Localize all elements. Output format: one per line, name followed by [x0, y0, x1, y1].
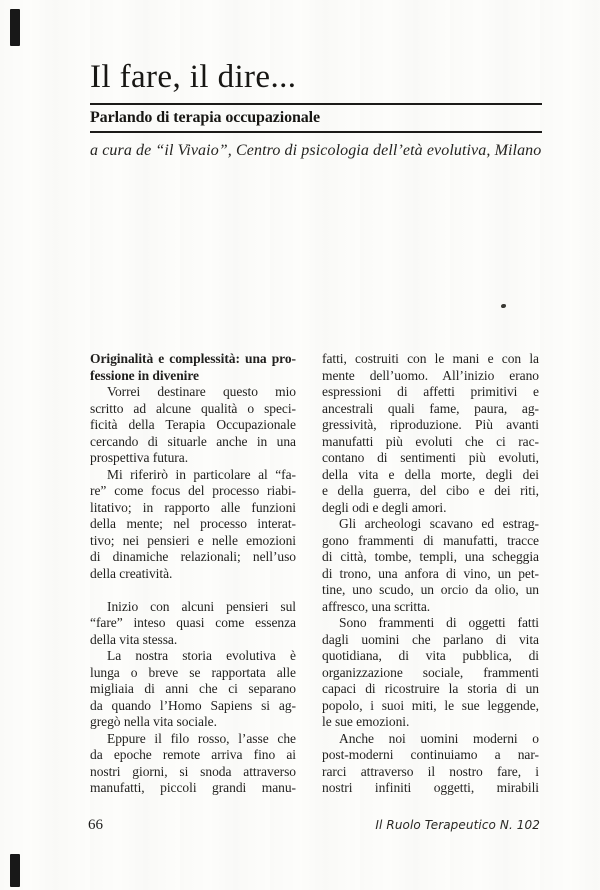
text-line: della vita e della morte, degli dei [322, 467, 539, 484]
paragraph: Inizio con alcuni pensieri sul“fare” int… [90, 599, 296, 649]
text-line: le sue emozioni. [322, 714, 539, 731]
paragraph: Gli archeologi scavano ed estrag-gono fr… [322, 516, 539, 615]
text-line: scritto ad alcune qualità o speci- [90, 401, 296, 418]
text-line: dagli uomini che parlano di vita [322, 632, 539, 649]
divider-bottom-rule [90, 131, 542, 133]
text-line: cercando di situarle anche in una [90, 434, 296, 451]
text-line: ancestrali quali fame, paura, ag- [322, 401, 539, 418]
paragraph: Eppure il filo rosso, l’asse cheda epoch… [90, 731, 296, 797]
text-line: Gli archeologi scavano ed estrag- [322, 516, 539, 533]
text-line: Originalità e complessità: una pro- [90, 351, 296, 368]
text-line: re” come focus del processo riabi- [90, 483, 296, 500]
article-byline: a cura de “il Vivaio”, Centro di psicolo… [90, 142, 542, 160]
text-line: lunga o breve se rapportata alle [90, 665, 296, 682]
text-line: e della guerra, del cibo e dei riti, [322, 483, 539, 500]
text-line: Mi riferirò in particolare al “fa- [90, 467, 296, 484]
text-line: contano di sentimenti più evoluti, [322, 450, 539, 467]
page-footer: 66 Il Ruolo Terapeutico N. 102 [88, 817, 540, 834]
column-right: fatti, costruiti con le mani e con lamen… [322, 351, 539, 797]
text-line: organizzazione sociale, frammenti [322, 665, 539, 682]
text-line: affresco, una scritta. [322, 599, 539, 616]
text-line: della creatività. [90, 566, 296, 583]
text-line: di città, tombe, templi, una scheggia [322, 549, 539, 566]
text-line: post-moderni continuiamo a nar- [322, 747, 539, 764]
text-line: degli odi e degli amori. [322, 500, 539, 517]
text-line: di trono, una anfora di vino, un pet- [322, 566, 539, 583]
article-body: Originalità e complessità: una pro-fessi… [90, 351, 539, 797]
text-line: popolo, i suoi miti, le sue leggende, [322, 698, 539, 715]
text-line: capaci di ricostruire la storia di un [322, 681, 539, 698]
paragraph: Sono frammenti di oggetti fattidagli uom… [322, 615, 539, 731]
paragraph: Anche noi uomini moderni opost-moderni c… [322, 731, 539, 797]
text-line: fessione in divenire [90, 368, 296, 385]
text-line: gressività, riproduzione. Più avanti [322, 417, 539, 434]
text-line: gono frammenti di manufatti, tracce [322, 533, 539, 550]
section-heading: Originalità e complessità: una pro-fessi… [90, 351, 296, 384]
text-line: manufatti, piccoli grandi manu- [90, 780, 296, 797]
text-line: manufatti più evoluti che ci rac- [322, 434, 539, 451]
article-header: Il fare, il dire... Parlando di terapia … [90, 60, 542, 160]
text-line: fatti, costruiti con le mani e con la [322, 351, 539, 368]
text-line: mente dell’uomo. All’inizio erano [322, 368, 539, 385]
text-line: Anche noi uomini moderni o [322, 731, 539, 748]
text-line: di dinamiche relazionali; nell’uso [90, 549, 296, 566]
text-line: Vorrei destinare questo mio [90, 384, 296, 401]
text-line: Inizio con alcuni pensieri sul [90, 599, 296, 616]
paragraph: Mi riferirò in particolare al “fa-re” co… [90, 467, 296, 583]
text-line: nostri giorni, si snoda attraverso [90, 764, 296, 781]
journal-title: Il Ruolo Terapeutico N. 102 [375, 818, 540, 832]
text-line: della vita stessa. [90, 632, 296, 649]
article-subtitle: Parlando di terapia occupazionale [90, 109, 542, 127]
text-line: espressioni di affetti primitivi e [322, 384, 539, 401]
divider-top-rule [90, 103, 542, 105]
text-line: da epoche remote arriva fino ai [90, 747, 296, 764]
text-line: quotidiana, di vita pubblica, di [322, 648, 539, 665]
ink-speck-artifact [501, 304, 506, 308]
text-line: della mente; nel processo interat- [90, 516, 296, 533]
text-line: nostri infiniti oggetti, mirabili [322, 780, 539, 797]
paragraph: La nostra storia evolutiva èlunga o brev… [90, 648, 296, 731]
paragraph: fatti, costruiti con le mani e con lamen… [322, 351, 539, 516]
document-page: Il fare, il dire... Parlando di terapia … [0, 0, 600, 890]
text-line: rarci attraverso il nostro fare, i [322, 764, 539, 781]
paragraph: Vorrei destinare questo mioscritto ad al… [90, 384, 296, 467]
text-line: da quando l’Homo Sapiens si ag- [90, 698, 296, 715]
text-line: tine, uno scudo, un orcio da olio, un [322, 582, 539, 599]
text-line: migliaia di anni che ci separano [90, 681, 296, 698]
text-line: Sono frammenti di oggetti fatti [322, 615, 539, 632]
text-line: tivo; nei pensieri e nelle emozioni [90, 533, 296, 550]
text-line: La nostra storia evolutiva è [90, 648, 296, 665]
text-line: ficità della Terapia Occupazionale [90, 417, 296, 434]
text-line: litativo; in rapporto alle funzioni [90, 500, 296, 517]
scan-artifact-top [10, 9, 20, 46]
text-line: gregò nella vita sociale. [90, 714, 296, 731]
text-line: “fare” inteso quasi come essenza [90, 615, 296, 632]
column-left: Originalità e complessità: una pro-fessi… [90, 351, 296, 797]
scan-artifact-bottom [10, 854, 20, 887]
page-number: 66 [88, 817, 103, 834]
article-title: Il fare, il dire... [90, 60, 542, 95]
text-line: prospettiva futura. [90, 450, 296, 467]
text-line: Eppure il filo rosso, l’asse che [90, 731, 296, 748]
